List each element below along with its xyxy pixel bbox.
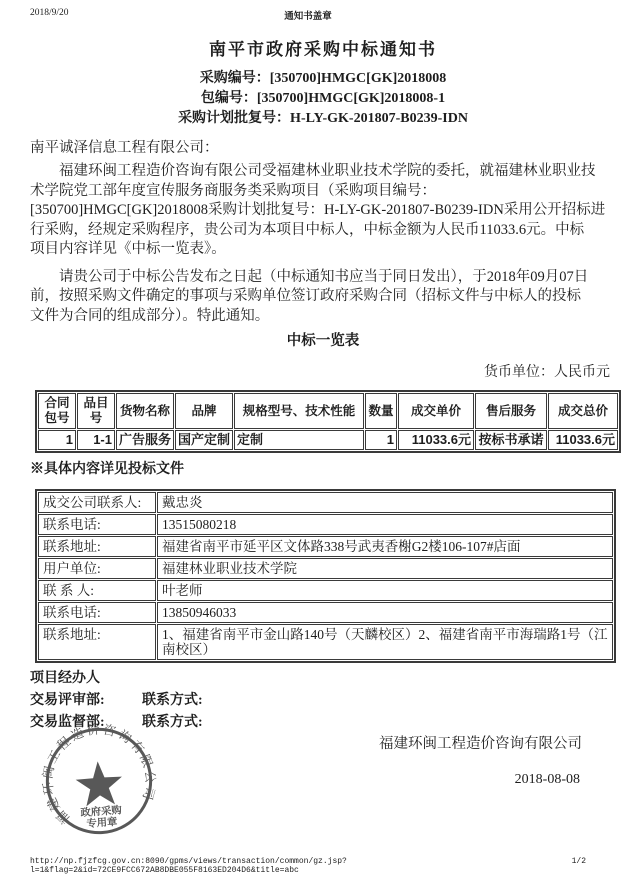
page-footer: http://np.fjzfcg.gov.cn:8090/gpms/views/… (0, 857, 624, 875)
award-cell-contract-pkg: 1 (38, 430, 76, 450)
contact-value: 福建林业职业技术学院 (157, 558, 613, 579)
award-header-spec: 规格型号、技术性能 (234, 393, 364, 429)
winner-contact-row: 成交公司联系人: 戴忠炎 (38, 492, 613, 513)
award-cell-after-sales: 按标书承诺 (475, 430, 547, 450)
award-table-title: 中标一览表 (30, 332, 616, 350)
contact-label: 联 系 人: (38, 580, 156, 601)
contact-label: 联系地址: (38, 536, 156, 557)
award-cell-unit-price: 11033.6元 (398, 430, 474, 450)
review-dept-label: 交易评审部: (30, 693, 142, 709)
body-paragraph-1: 福建环闽工程造价咨询有限公司受福建林业职业技术学院的委托，就福建林业职业技 术学… (30, 162, 616, 260)
seal-star-icon (75, 760, 124, 807)
contact-label: 成交公司联系人: (38, 492, 156, 513)
contact-label: 联系地址: (38, 624, 156, 660)
award-table: 合同 包号 品目 号 货物名称 品牌 规格型号、技术性能 数量 成交单价 售后服… (35, 390, 621, 453)
award-header-item-no: 品目 号 (77, 393, 115, 429)
contact-value: 叶老师 (157, 580, 613, 601)
body-paragraph-2: 请贵公司于中标公告发布之日起（中标通知书应当于同日发出），于2018年09月07… (30, 268, 616, 327)
document-page: 2018/9/20 通知书盖章 南平市政府采购中标通知书 采购编号：[35070… (0, 0, 624, 788)
doc-title: 南平市政府采购中标通知书 (30, 35, 616, 60)
contact-value: 戴忠炎 (157, 492, 613, 513)
print-header: 2018/9/20 通知书盖章 (30, 8, 616, 21)
winner-phone-row: 联系电话: 13515080218 (38, 514, 613, 535)
contact-value: 13850946033 (157, 602, 613, 623)
award-cell-qty: 1 (365, 430, 397, 450)
user-contact-row: 联 系 人: 叶老师 (38, 580, 613, 601)
award-table-data-row: 1 1-1 广告服务 国产定制 定制 1 11033.6元 按标书承诺 1103… (38, 430, 618, 450)
award-cell-item-no: 1-1 (77, 430, 115, 450)
contact-value: 13515080218 (157, 514, 613, 535)
award-table-header-row: 合同 包号 品目 号 货物名称 品牌 规格型号、技术性能 数量 成交单价 售后服… (38, 393, 618, 429)
project-handler-title: 项目经办人 (30, 671, 616, 687)
award-header-contract-pkg: 合同 包号 (38, 393, 76, 429)
award-header-brand: 品牌 (175, 393, 233, 429)
print-title: 通知书盖章 (30, 8, 586, 22)
award-cell-goods-name: 广告服务 (116, 430, 174, 450)
award-cell-brand: 国产定制 (175, 430, 233, 450)
user-org-row: 用户单位: 福建林业职业技术学院 (38, 558, 613, 579)
currency-note: 货币单位：人民币元 (30, 364, 616, 381)
award-header-goods-name: 货物名称 (116, 393, 174, 429)
greeting: 南平诚泽信息工程有限公司： (30, 139, 616, 158)
package-no-line: 包编号：[350700]HMGC[GK]2018008-1 (30, 90, 616, 107)
award-cell-spec: 定制 (234, 430, 364, 450)
detail-note: ※具体内容详见投标文件 (30, 461, 616, 479)
page-number: 1/2 (572, 857, 586, 875)
winner-address-row: 联系地址: 福建省南平市延平区文体路338号武夷香榭G2楼106-107#店面 (38, 536, 613, 557)
user-address-row: 联系地址: 1、福建省南平市金山路140号（天麟校区）2、福建省南平市海瑞路1号… (38, 624, 613, 660)
purchase-no-line: 采购编号：[350700]HMGC[GK]2018008 (30, 70, 616, 87)
award-header-after-sales: 售后服务 (475, 393, 547, 429)
contact-label: 联系电话: (38, 514, 156, 535)
contact-table: 成交公司联系人: 戴忠炎 联系电话: 13515080218 联系地址: 福建省… (35, 489, 616, 663)
award-header-total-price: 成交总价 (548, 393, 618, 429)
award-header-unit-price: 成交单价 (398, 393, 474, 429)
plan-no-line: 采购计划批复号：H-LY-GK-201807-B0239-IDN (30, 110, 616, 127)
review-contact-label: 联系方式: (142, 693, 203, 709)
contact-value: 1、福建省南平市金山路140号（天麟校区）2、福建省南平市海瑞路1号（江南校区） (157, 624, 613, 660)
review-dept-row: 交易评审部: 联系方式: (30, 693, 616, 709)
footer-url: http://np.fjzfcg.gov.cn:8090/gpms/views/… (30, 857, 572, 875)
official-seal: 福建环闽工程造价咨询有限公司 政府采购 专用章 (38, 720, 160, 842)
award-cell-total-price: 11033.6元 (548, 430, 618, 450)
award-header-qty: 数量 (365, 393, 397, 429)
contact-value: 福建省南平市延平区文体路338号武夷香榭G2楼106-107#店面 (157, 536, 613, 557)
contact-label: 联系电话: (38, 602, 156, 623)
user-phone-row: 联系电话: 13850946033 (38, 602, 613, 623)
contact-label: 用户单位: (38, 558, 156, 579)
